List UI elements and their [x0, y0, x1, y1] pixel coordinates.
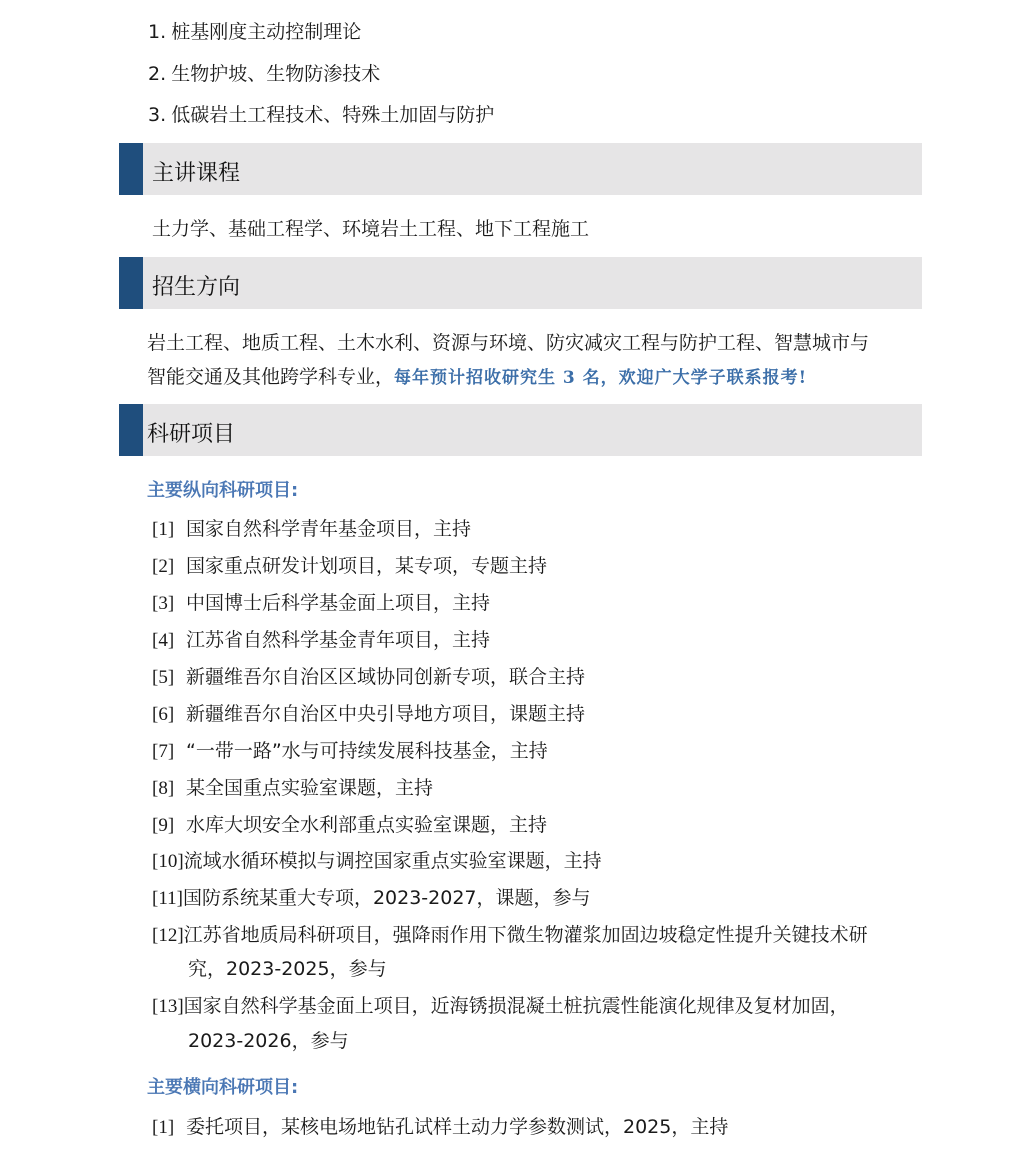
project-item: [3]中国博士后科学基金面上项目，主持: [152, 588, 490, 615]
project-item-continuation: 究，2023-2025，参与: [188, 954, 387, 981]
section-accent-bar: [119, 404, 143, 456]
item-text: 国家重点研发计划项目，某专项，专题主持: [186, 555, 547, 577]
list-number: 2.: [148, 63, 166, 85]
item-text: 中国博士后科学基金面上项目，主持: [186, 592, 490, 614]
project-item: [5]新疆维吾尔自治区区域协同创新专项，联合主持: [152, 662, 585, 689]
list-number: 1.: [148, 21, 166, 43]
section-title: 主讲课程: [152, 156, 240, 187]
item-index: [5]: [152, 667, 186, 689]
project-item: [1]委托项目，某核电场地钻孔试样土动力学参数测试，2025，主持: [152, 1112, 728, 1139]
admission-highlight-text: 每年预计招收研究生 3 名，欢迎广大学子联系报考!: [394, 368, 807, 388]
admission-line-2: 智能交通及其他跨学科专业，每年预计招收研究生 3 名，欢迎广大学子联系报考!: [147, 362, 807, 389]
project-item: [11]国防系统某重大专项，2023-2027，课题，参与: [152, 883, 591, 910]
section-title: 招生方向: [152, 270, 240, 301]
project-item: [8]某全国重点实验室课题，主持: [152, 773, 433, 800]
direction-item-1: 1. 桩基刚度主动控制理论: [148, 17, 361, 44]
project-item: [7]“一带一路”水与可持续发展科技基金，主持: [152, 736, 548, 763]
admission-plain-text: 智能交通及其他跨学科专业，: [147, 366, 394, 388]
item-text: 国家自然科学青年基金项目，主持: [186, 518, 471, 540]
project-item: [4]江苏省自然科学基金青年项目，主持: [152, 625, 490, 652]
project-item: [12]江苏省地质局科研项目，强降雨作用下微生物灌浆加固边坡稳定性提升关键技术研: [152, 920, 868, 947]
project-item-continuation: 2023-2026，参与: [188, 1026, 349, 1053]
item-index: [10]: [152, 851, 184, 872]
item-index: [3]: [152, 593, 186, 615]
direction-text: 生物护坡、生物防渗技术: [171, 63, 380, 85]
item-index: [6]: [152, 704, 186, 726]
item-index: [11]: [152, 888, 183, 909]
item-text: “一带一路”水与可持续发展科技基金，主持: [186, 740, 548, 762]
section-header-courses: 主讲课程: [119, 143, 922, 195]
section-header-admission: 招生方向: [119, 257, 922, 309]
item-text: 新疆维吾尔自治区区域协同创新专项，联合主持: [186, 666, 585, 688]
section-accent-bar: [119, 143, 143, 195]
section-header-research: 科研项目: [119, 404, 922, 456]
project-item: [6]新疆维吾尔自治区中央引导地方项目，课题主持: [152, 699, 585, 726]
item-text: 流域水循环模拟与调控国家重点实验室课题，主持: [184, 850, 602, 872]
item-index: [12]: [152, 925, 184, 946]
project-item: [13]国家自然科学基金面上项目，近海锈损混凝土桩抗震性能演化规律及复材加固，: [152, 991, 849, 1018]
item-text: 委托项目，某核电场地钻孔试样土动力学参数测试，2025，主持: [186, 1116, 728, 1138]
item-text: 新疆维吾尔自治区中央引导地方项目，课题主持: [186, 703, 585, 725]
item-text: 国家自然科学基金面上项目，近海锈损混凝土桩抗震性能演化规律及复材加固，: [184, 995, 849, 1017]
project-item: [10]流域水循环模拟与调控国家重点实验室课题，主持: [152, 846, 602, 873]
item-text: 江苏省地质局科研项目，强降雨作用下微生物灌浆加固边坡稳定性提升关键技术研: [184, 924, 868, 946]
item-text: 国防系统某重大专项，2023-2027，课题，参与: [183, 887, 591, 909]
item-text: 某全国重点实验室课题，主持: [186, 777, 433, 799]
project-item: [2]国家重点研发计划项目，某专项，专题主持: [152, 551, 547, 578]
item-index: [13]: [152, 996, 184, 1017]
item-index: [9]: [152, 815, 186, 837]
courses-text: 土力学、基础工程学、环境岩土工程、地下工程施工: [152, 214, 589, 241]
item-text: 水库大坝安全水利部重点实验室课题，主持: [186, 814, 547, 836]
item-index: [4]: [152, 630, 186, 652]
horizontal-projects-heading: 主要横向科研项目:: [147, 1073, 298, 1099]
admission-line-1: 岩土工程、地质工程、土木水利、资源与环境、防灾减灾工程与防护工程、智慧城市与: [147, 328, 869, 355]
section-title: 科研项目: [147, 417, 235, 448]
direction-item-2: 2. 生物护坡、生物防渗技术: [148, 59, 380, 86]
list-number: 3.: [148, 104, 166, 126]
item-index: [1]: [152, 1117, 186, 1139]
item-index: [7]: [152, 741, 186, 763]
project-item: [9]水库大坝安全水利部重点实验室课题，主持: [152, 810, 547, 837]
item-text: 江苏省自然科学基金青年项目，主持: [186, 629, 490, 651]
item-index: [1]: [152, 519, 186, 541]
project-item: [1]国家自然科学青年基金项目，主持: [152, 514, 471, 541]
item-index: [2]: [152, 556, 186, 578]
item-index: [8]: [152, 778, 186, 800]
direction-item-3: 3. 低碳岩土工程技术、特殊土加固与防护: [148, 100, 494, 127]
direction-text: 低碳岩土工程技术、特殊土加固与防护: [171, 104, 494, 126]
section-accent-bar: [119, 257, 143, 309]
vertical-projects-heading: 主要纵向科研项目:: [147, 476, 298, 502]
direction-text: 桩基刚度主动控制理论: [171, 21, 361, 43]
